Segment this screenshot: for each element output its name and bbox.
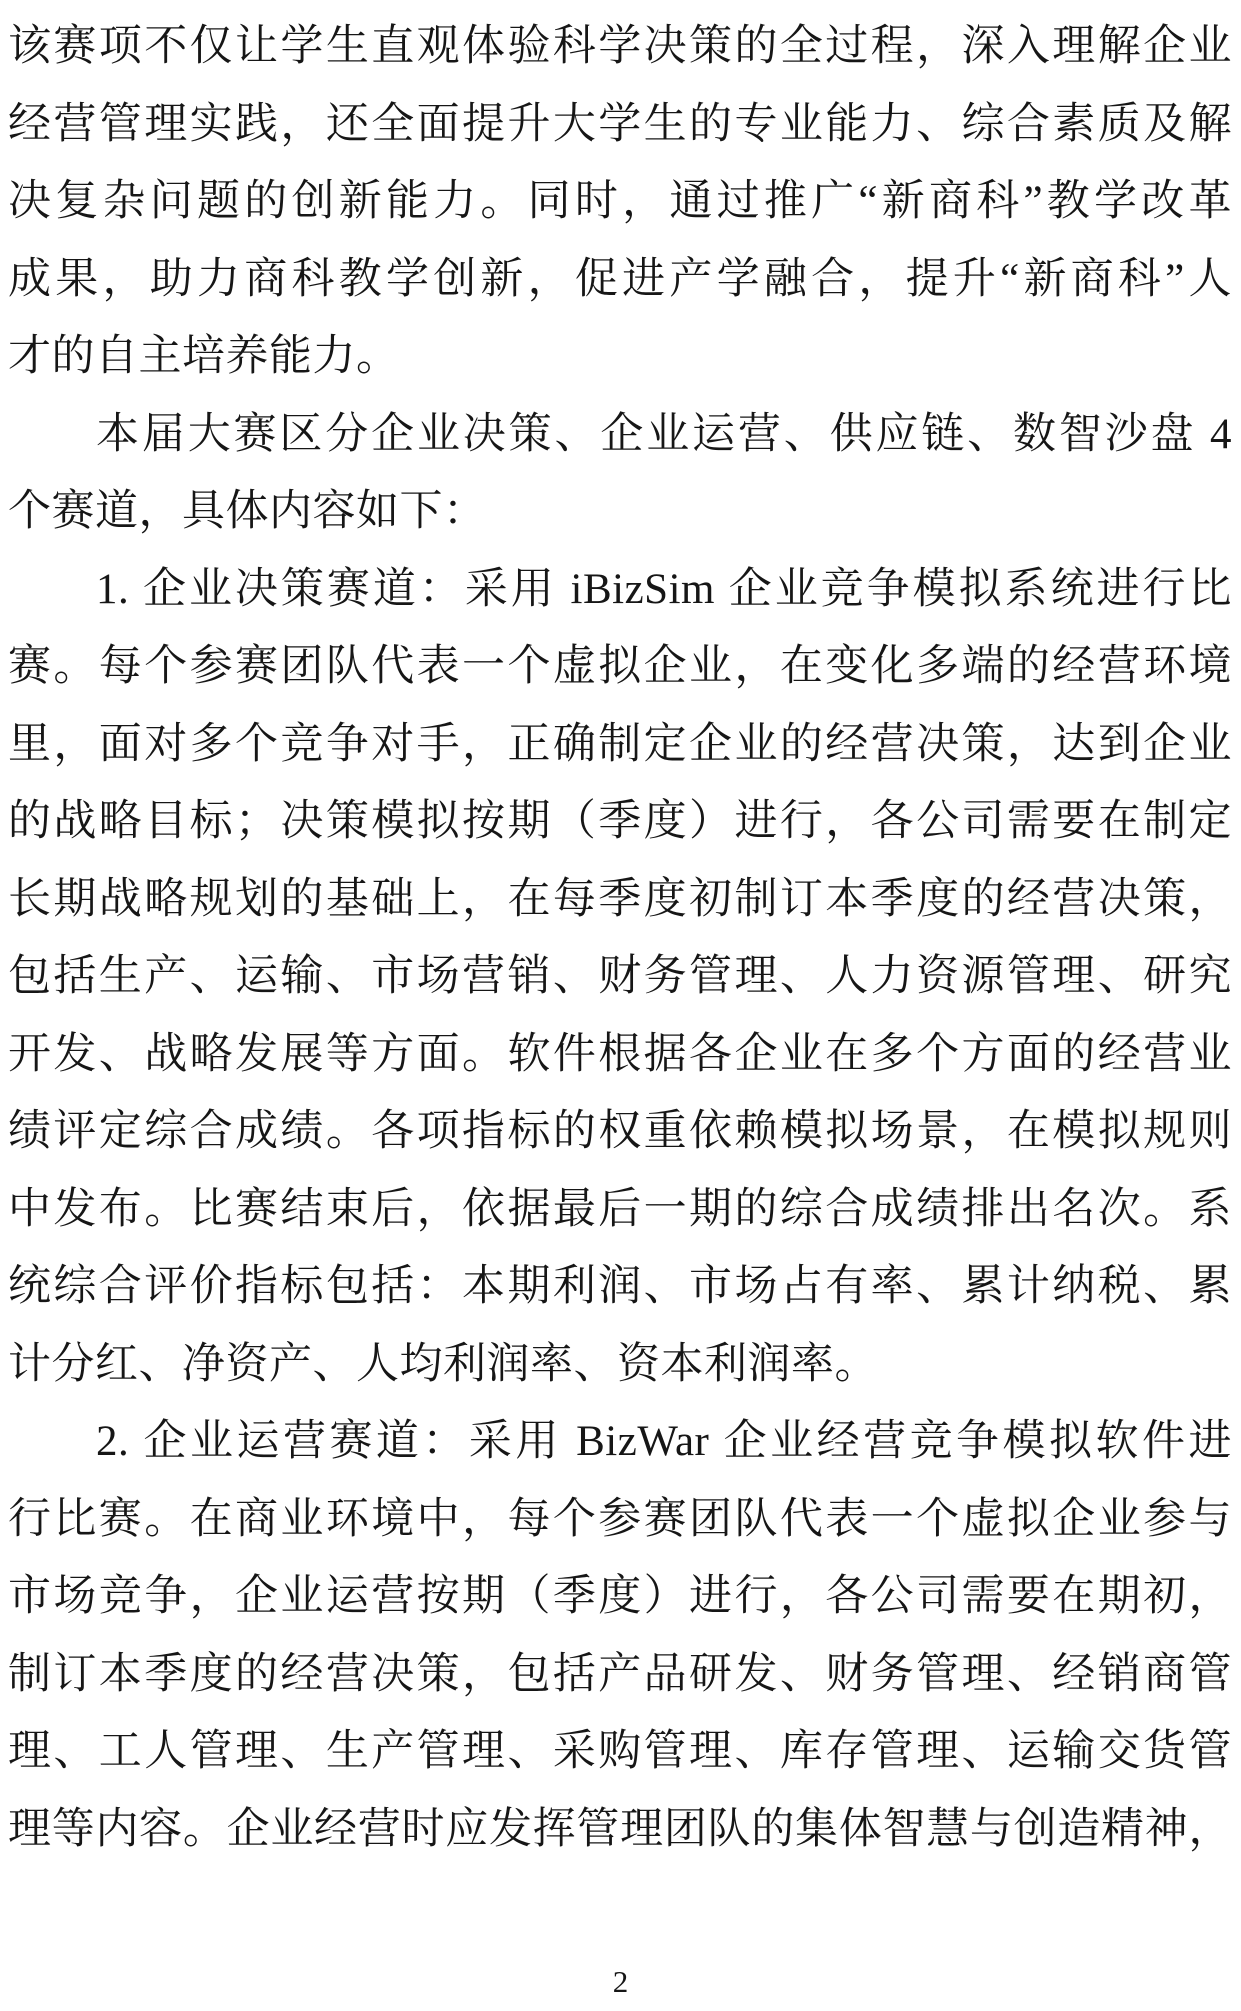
- body-line: 开发、战略发展等方面。软件根据各企业在多个方面的经营业: [8, 1016, 1232, 1094]
- document-body: 该赛项不仅让学生直观体验科学决策的全过程，深入理解企业 经营管理实践，还全面提升…: [8, 8, 1232, 1868]
- body-line: 的战略目标；决策模拟按期（季度）进行，各公司需要在制定: [8, 783, 1232, 861]
- body-line-paragraph-start: 2. 企业运营赛道：采用 BizWar 企业经营竞争模拟软件进: [8, 1403, 1232, 1481]
- body-line: 理、工人管理、生产管理、采购管理、库存管理、运输交货管: [8, 1713, 1232, 1791]
- body-line: 该赛项不仅让学生直观体验科学决策的全过程，深入理解企业: [8, 8, 1232, 86]
- body-line: 包括生产、运输、市场营销、财务管理、人力资源管理、研究: [8, 938, 1232, 1016]
- body-line: 成果，助力商科教学创新，促进产学融合，提升“新商科”人: [8, 241, 1232, 319]
- body-line-paragraph-start: 1. 企业决策赛道：采用 iBizSim 企业竞争模拟系统进行比: [8, 551, 1232, 629]
- body-line: 赛。每个参赛团队代表一个虚拟企业，在变化多端的经营环境: [8, 628, 1232, 706]
- body-line: 决复杂问题的创新能力。同时，通过推广“新商科”教学改革: [8, 163, 1232, 241]
- body-line: 理等内容。企业经营时应发挥管理团队的集体智慧与创造精神，: [8, 1791, 1232, 1869]
- body-line: 行比赛。在商业环境中，每个参赛团队代表一个虚拟企业参与: [8, 1481, 1232, 1559]
- body-line: 统综合评价指标包括：本期利润、市场占有率、累计纳税、累: [8, 1248, 1232, 1326]
- body-line-paragraph-start: 本届大赛区分企业决策、企业运营、供应链、数智沙盘 4: [8, 396, 1232, 474]
- body-line: 绩评定综合成绩。各项指标的权重依赖模拟场景，在模拟规则: [8, 1093, 1232, 1171]
- body-line: 中发布。比赛结束后，依据最后一期的综合成绩排出名次。系: [8, 1171, 1232, 1249]
- body-line: 里，面对多个竞争对手，正确制定企业的经营决策，达到企业: [8, 706, 1232, 784]
- body-line: 长期战略规划的基础上，在每季度初制订本季度的经营决策，: [8, 861, 1232, 939]
- body-line-paragraph-end: 计分红、净资产、人均利润率、资本利润率。: [8, 1326, 1232, 1404]
- document-page: 该赛项不仅让学生直观体验科学决策的全过程，深入理解企业 经营管理实践，还全面提升…: [0, 0, 1241, 2011]
- page-number: 2: [0, 1962, 1241, 2002]
- body-line-paragraph-end: 才的自主培养能力。: [8, 318, 1232, 396]
- body-line: 经营管理实践，还全面提升大学生的专业能力、综合素质及解: [8, 86, 1232, 164]
- body-line: 制订本季度的经营决策，包括产品研发、财务管理、经销商管: [8, 1636, 1232, 1714]
- body-line-paragraph-end: 个赛道，具体内容如下：: [8, 473, 1232, 551]
- body-line: 市场竞争，企业运营按期（季度）进行，各公司需要在期初，: [8, 1558, 1232, 1636]
